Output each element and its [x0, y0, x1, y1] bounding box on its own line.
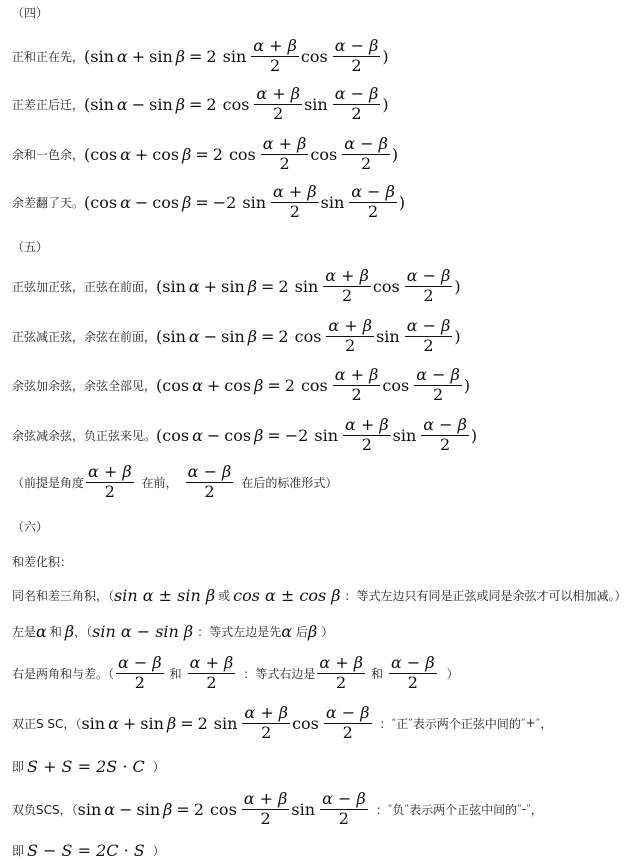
- text-span: 2: [351, 386, 361, 404]
- text-span: α + β: [254, 86, 302, 105]
- text-span: cos: [152, 193, 179, 212]
- text-span: 2: [290, 203, 300, 221]
- text-span: cos: [223, 95, 250, 114]
- text-span: cos: [90, 145, 117, 164]
- text-span: 左是: [12, 623, 36, 640]
- text-span: ): [382, 47, 388, 66]
- text-span: −2: [213, 193, 237, 212]
- text-span: sin: [291, 800, 315, 819]
- fraction: α + β2: [254, 86, 302, 123]
- text-span: 2: [206, 674, 216, 692]
- fraction: α + β2: [333, 367, 381, 404]
- text-span: 2: [273, 105, 283, 123]
- math-expression: α − β2: [387, 655, 439, 692]
- fraction: α − β2: [186, 464, 234, 501]
- fraction: α − β2: [389, 655, 437, 692]
- text-span: +: [135, 145, 148, 164]
- text-span: =: [189, 95, 202, 114]
- text-span: =: [267, 426, 280, 445]
- math-expression: α: [36, 622, 47, 641]
- text-span: α: [192, 376, 203, 395]
- text-span: sin: [221, 327, 245, 346]
- rule-line-7: 即 S − S = 2C · S ）: [12, 840, 165, 860]
- fraction: α + β2: [261, 136, 309, 173]
- standard-form-note: （前提是角度 α + β2 在前， α − β2 在后的标准形式）: [12, 462, 337, 502]
- text-span: =: [180, 714, 193, 733]
- text-span: 2: [345, 337, 355, 355]
- text-span: cos: [162, 376, 189, 395]
- text-span: 2: [351, 57, 361, 75]
- formula-row: 余弦加余弦，余弦全部见， ( cosα + cosβ = 2 cos α + β…: [12, 365, 470, 405]
- text-span: ): [454, 277, 460, 296]
- math-expression: α − β2: [114, 655, 166, 692]
- text-span: 2: [261, 810, 271, 828]
- math-expression: α + β2: [315, 655, 367, 692]
- subheading: 和差化积：: [12, 551, 72, 571]
- text-span: α + β: [323, 268, 371, 287]
- fraction: α + β2: [317, 655, 365, 692]
- sum-to-product-formula: ( sinα + sinβ = 2 sin α + β2 cos α − β2 …: [156, 268, 461, 305]
- text-span: sin: [78, 800, 102, 819]
- fraction: α + β2: [271, 184, 319, 221]
- text-span: cos: [373, 277, 400, 296]
- formula-row: 余弦减余弦，负正弦来见。 ( cosα − cosβ = −2 sin α + …: [12, 415, 477, 455]
- text-span: 2: [440, 436, 450, 454]
- text-span: α: [104, 800, 115, 819]
- heading-text: （五）: [12, 238, 48, 255]
- fraction: α − β2: [333, 38, 381, 75]
- text-span: ：等式左边是先: [197, 623, 281, 640]
- math-expression: sin α ± sin β: [114, 586, 215, 605]
- text-span: cos: [90, 193, 117, 212]
- text-span: cos: [292, 714, 319, 733]
- text-span: α − β: [116, 655, 164, 674]
- text-span: cos: [152, 145, 179, 164]
- text-span: 在前，: [142, 474, 178, 491]
- text-span: 2: [423, 287, 433, 305]
- text-span: sin: [223, 47, 247, 66]
- fraction: α − β2: [405, 268, 453, 305]
- math-expression: α + β2: [84, 464, 136, 501]
- section-heading-6: （六）: [12, 516, 48, 536]
- text-span: 和: [371, 665, 383, 682]
- text-span: 2: [343, 724, 353, 742]
- text-span: =: [261, 327, 274, 346]
- text-span: =: [267, 376, 280, 395]
- text-span: β: [167, 714, 176, 733]
- text-span: β: [176, 47, 185, 66]
- text-span: 2: [351, 105, 361, 123]
- text-span: β: [254, 376, 263, 395]
- mnemonic-label: 正差正后迁，: [12, 96, 84, 113]
- text-span: β: [248, 277, 257, 296]
- text-span: α: [192, 426, 203, 445]
- fraction: α + β2: [242, 791, 290, 828]
- text-span: cos: [301, 47, 328, 66]
- text-span: 和: [50, 623, 62, 640]
- text-span: ）: [153, 758, 165, 775]
- text-span: +: [123, 714, 136, 733]
- math-expression: sinα+sinβ = 2sin α + β2 cos α − β2: [81, 705, 373, 742]
- text-span: 2: [278, 277, 288, 296]
- text-span: 2: [206, 47, 216, 66]
- text-span: 2: [270, 57, 280, 75]
- text-span: sin: [81, 714, 105, 733]
- fraction: α + β2: [86, 464, 134, 501]
- sum-to-product-formula: ( cosα + cosβ = 2 cos α + β2 cos α − β2 …: [84, 136, 398, 173]
- text-span: α: [189, 277, 200, 296]
- text-span: 2: [278, 327, 288, 346]
- text-span: α + β: [343, 417, 391, 436]
- text-span: β: [176, 95, 185, 114]
- text-span: ): [464, 376, 470, 395]
- text-span: =: [189, 47, 202, 66]
- text-span: cos: [382, 376, 409, 395]
- text-span: α + β: [86, 464, 134, 483]
- fraction: α − β2: [342, 136, 390, 173]
- text-span: 双负SCS，（: [12, 801, 78, 818]
- rule-line-3: 右是两角和与差。（ α − β2 和 α + β2 ：等式右边是 α + β2 …: [12, 653, 459, 693]
- text-span: （前提是角度: [12, 474, 84, 491]
- fraction: α − β2: [349, 184, 397, 221]
- text-span: sin: [304, 95, 328, 114]
- fraction: α − β2: [421, 417, 469, 454]
- text-span: α + β: [271, 184, 319, 203]
- math-expression: S − S = 2C · S: [27, 841, 145, 860]
- text-span: β: [182, 145, 191, 164]
- text-span: ）: [321, 623, 333, 640]
- text-span: sin: [162, 277, 186, 296]
- text-span: ）: [153, 842, 165, 859]
- text-span: sin: [376, 327, 400, 346]
- text-span: α: [120, 145, 131, 164]
- text-span: α: [108, 714, 119, 733]
- text-span: 2: [204, 483, 214, 501]
- text-span: α: [117, 47, 128, 66]
- text-span: β: [182, 193, 191, 212]
- text-span: ): [471, 426, 477, 445]
- text-span: sin: [393, 426, 417, 445]
- text-span: sin α − sin β: [92, 622, 193, 641]
- math-expression: α + β2: [186, 655, 238, 692]
- text-span: cos: [162, 426, 189, 445]
- text-span: cos: [224, 426, 251, 445]
- fraction: α − β2: [405, 318, 453, 355]
- text-span: 表示两个正弦中间的: [409, 801, 517, 818]
- text-span: =: [261, 277, 274, 296]
- text-span: −: [135, 193, 148, 212]
- text-span: ）: [447, 665, 459, 682]
- text-span: 同名和差三角积，（: [12, 587, 114, 604]
- text-span: 2: [342, 287, 352, 305]
- formula-row: 余和一色余， ( cosα + cosβ = 2 cos α + β2 cos …: [12, 134, 398, 174]
- text-span: α + β: [251, 38, 299, 57]
- text-span: 在后的标准形式）: [241, 474, 337, 491]
- fraction: α + β2: [251, 38, 299, 75]
- sum-to-product-formula: ( cosα + cosβ = 2 cos α + β2 cos α − β2 …: [156, 367, 470, 404]
- text-span: α + β: [242, 705, 290, 724]
- text-span: α − β: [186, 464, 234, 483]
- text-span: −: [119, 800, 132, 819]
- text-span: ：: [376, 801, 388, 818]
- fraction: α − β2: [116, 655, 164, 692]
- text-span: S + S = 2S · C: [27, 757, 145, 776]
- text-span: 2: [339, 810, 349, 828]
- fraction: α + β2: [323, 268, 371, 305]
- heading-text: （六）: [12, 518, 48, 535]
- mnemonic-label: 余弦加余弦，余弦全部见，: [12, 377, 156, 394]
- text-span: 2: [361, 155, 371, 173]
- text-span: 双正S SC，（: [12, 715, 81, 732]
- rule-line-5: 即 S + S = 2S · C ）: [12, 756, 165, 776]
- text-span: 2: [206, 95, 216, 114]
- text-span: sin: [314, 426, 338, 445]
- text-span: α − β: [342, 136, 390, 155]
- text-span: 负: [392, 801, 404, 818]
- fraction: α − β2: [324, 705, 372, 742]
- text-span: sin: [136, 800, 160, 819]
- text-span: 正: [396, 715, 408, 732]
- text-span: β: [254, 426, 263, 445]
- text-span: α − β: [405, 318, 453, 337]
- mnemonic-label: 正和正在先，: [12, 48, 84, 65]
- text-span: cos: [310, 145, 337, 164]
- formula-row: 正差正后迁， ( sinα − sinβ = 2 cos α + β2 sin …: [12, 84, 389, 124]
- text-span: +: [204, 277, 217, 296]
- section-heading-4: （四）: [12, 2, 48, 22]
- text-span: =: [195, 145, 208, 164]
- text-span: sin: [321, 193, 345, 212]
- text-span: cos: [301, 376, 328, 395]
- text-span: α + β: [242, 791, 290, 810]
- text-span: β: [308, 622, 317, 641]
- fraction: α + β2: [242, 705, 290, 742]
- text-span: 2: [368, 203, 378, 221]
- text-span: β: [163, 800, 172, 819]
- text-span: 2: [285, 376, 295, 395]
- sum-to-product-formula: ( sinα + sinβ = 2 sin α + β2 cos α − β2 …: [84, 38, 389, 75]
- text-span: cos: [295, 327, 322, 346]
- sum-to-product-formula: ( sinα − sinβ = 2 cos α + β2 sin α − β2 …: [84, 86, 389, 123]
- text-span: 2: [213, 145, 223, 164]
- text-span: cos α ± cos β: [233, 586, 340, 605]
- text-span: 即: [12, 758, 24, 775]
- text-span: 后: [296, 623, 308, 640]
- mnemonic-label: 正弦减正弦，余弦在前面，: [12, 328, 156, 345]
- text-span: α + β: [326, 318, 374, 337]
- text-span: sin: [295, 277, 319, 296]
- text-span: α: [281, 622, 292, 641]
- math-expression: α − β2: [184, 464, 236, 501]
- text-span: ：: [380, 715, 392, 732]
- text-span: cos: [229, 145, 256, 164]
- text-span: −: [132, 95, 145, 114]
- text-span: α + β: [317, 655, 365, 674]
- text-span: α − β: [324, 705, 372, 724]
- text-span: 2: [433, 386, 443, 404]
- text-span: α − β: [333, 38, 381, 57]
- text-span: ：等式左边只有同是正弦或同是余弦才可以相加减。）: [345, 587, 627, 604]
- text-span: sin: [214, 714, 238, 733]
- mnemonic-label: 余弦减余弦，负正弦来见。: [12, 427, 156, 444]
- sum-to-product-formula: ( cosα − cosβ = −2 sin α + β2 sin α − β2…: [84, 184, 405, 221]
- math-expression: cos α ± cos β: [233, 586, 340, 605]
- section-heading-5: （五）: [12, 236, 48, 256]
- math-expression: β: [308, 622, 317, 641]
- heading-text: （四）: [12, 4, 48, 21]
- text-span: ，（: [74, 623, 92, 640]
- text-span: α + β: [188, 655, 236, 674]
- formula-row: 余差翻了天。 ( cosα − cosβ = −2 sin α + β2 sin…: [12, 182, 405, 222]
- text-span: α: [36, 622, 47, 641]
- text-span: 和差化积：: [12, 553, 72, 570]
- text-span: β: [248, 327, 257, 346]
- text-span: ): [392, 145, 398, 164]
- text-span: 右是两角和与差。（: [12, 665, 114, 682]
- text-span: sin: [221, 277, 245, 296]
- formula-row: 正弦加正弦，正弦在前面， ( sinα + sinβ = 2 sin α + β…: [12, 266, 461, 306]
- text-span: sin: [162, 327, 186, 346]
- text-span: 2: [423, 337, 433, 355]
- text-span: sin: [90, 47, 114, 66]
- sum-to-product-formula: ( sinα − sinβ = 2 cos α + β2 sin α − β2 …: [156, 318, 461, 355]
- text-span: 2: [336, 674, 346, 692]
- math-expression: sin α − sin β: [92, 622, 193, 641]
- fraction: α − β2: [333, 86, 381, 123]
- text-span: =: [195, 193, 208, 212]
- text-span: α − β: [333, 86, 381, 105]
- text-span: +: [132, 47, 145, 66]
- text-span: 2: [194, 800, 204, 819]
- text-span: 2: [362, 436, 372, 454]
- text-span: 或: [218, 587, 230, 604]
- formula-row: 正弦减正弦，余弦在前面， ( sinα − sinβ = 2 cos α + β…: [12, 316, 461, 356]
- formula-row: 正和正在先， ( sinα + sinβ = 2 sin α + β2 cos …: [12, 36, 389, 76]
- text-span: α − β: [414, 367, 462, 386]
- text-span: ): [454, 327, 460, 346]
- text-span: α + β: [261, 136, 309, 155]
- text-span: sin: [149, 47, 173, 66]
- text-span: α − β: [389, 655, 437, 674]
- text-span: α + β: [333, 367, 381, 386]
- text-span: sin: [140, 714, 164, 733]
- mnemonic-label: 余差翻了天。: [12, 194, 84, 211]
- mnemonic-label: 余和一色余，: [12, 146, 84, 163]
- text-span: ，: [531, 801, 543, 818]
- math-expression: β: [65, 622, 74, 641]
- text-span: ): [399, 193, 405, 212]
- text-span: −: [207, 426, 220, 445]
- text-span: α: [120, 193, 131, 212]
- text-span: −2: [285, 426, 309, 445]
- rule-line-2: 左是 α 和 β ，（ sin α − sin β ：等式左边是先 α 后 β …: [12, 621, 333, 641]
- math-expression: S + S = 2S · C: [27, 757, 145, 776]
- text-span: cos: [224, 376, 251, 395]
- text-span: 2: [198, 714, 208, 733]
- fraction: α + β2: [188, 655, 236, 692]
- text-span: 2: [261, 724, 271, 742]
- text-span: 2: [279, 155, 289, 173]
- text-span: ): [382, 95, 388, 114]
- text-span: α − β: [421, 417, 469, 436]
- text-span: α: [117, 95, 128, 114]
- text-span: α − β: [405, 268, 453, 287]
- rule-line-1: 同名和差三角积，（ sin α ± sin β 或 cos α ± cos β …: [12, 585, 627, 605]
- rule-line-6: 双负SCS，（ sinα−sinβ = 2cos α + β2 sin α − …: [12, 789, 543, 829]
- fraction: α − β2: [414, 367, 462, 404]
- fraction: α + β2: [343, 417, 391, 454]
- text-span: +: [207, 376, 220, 395]
- text-span: β: [65, 622, 74, 641]
- text-span: +: [526, 716, 536, 730]
- text-span: α − β: [320, 791, 368, 810]
- text-span: ：等式右边是: [243, 665, 315, 682]
- text-span: 2: [408, 674, 418, 692]
- math-expression: sinα−sinβ = 2cos α + β2 sin α − β2: [78, 791, 370, 828]
- text-span: α: [189, 327, 200, 346]
- text-span: 和: [170, 665, 182, 682]
- text-span: 2: [135, 674, 145, 692]
- text-span: cos: [210, 800, 237, 819]
- text-span: α − β: [349, 184, 397, 203]
- text-span: 2: [105, 483, 115, 501]
- mnemonic-label: 正弦加正弦，正弦在前面，: [12, 278, 156, 295]
- text-span: sin: [242, 193, 266, 212]
- fraction: α + β2: [326, 318, 374, 355]
- sum-to-product-formula: ( cosα − cosβ = −2 sin α + β2 sin α − β2…: [156, 417, 477, 454]
- rule-line-4: 双正S SC，（ sinα+sinβ = 2sin α + β2 cos α −…: [12, 703, 552, 743]
- fraction: α − β2: [320, 791, 368, 828]
- text-span: sin: [90, 95, 114, 114]
- text-span: sin α ± sin β: [114, 586, 215, 605]
- text-span: sin: [149, 95, 173, 114]
- text-span: ，: [540, 715, 552, 732]
- text-span: −: [204, 327, 217, 346]
- text-span: 表示两个正弦中间的: [413, 715, 521, 732]
- text-span: S − S = 2C · S: [27, 841, 145, 860]
- text-span: =: [176, 800, 189, 819]
- text-span: 即: [12, 842, 24, 859]
- math-expression: α: [281, 622, 292, 641]
